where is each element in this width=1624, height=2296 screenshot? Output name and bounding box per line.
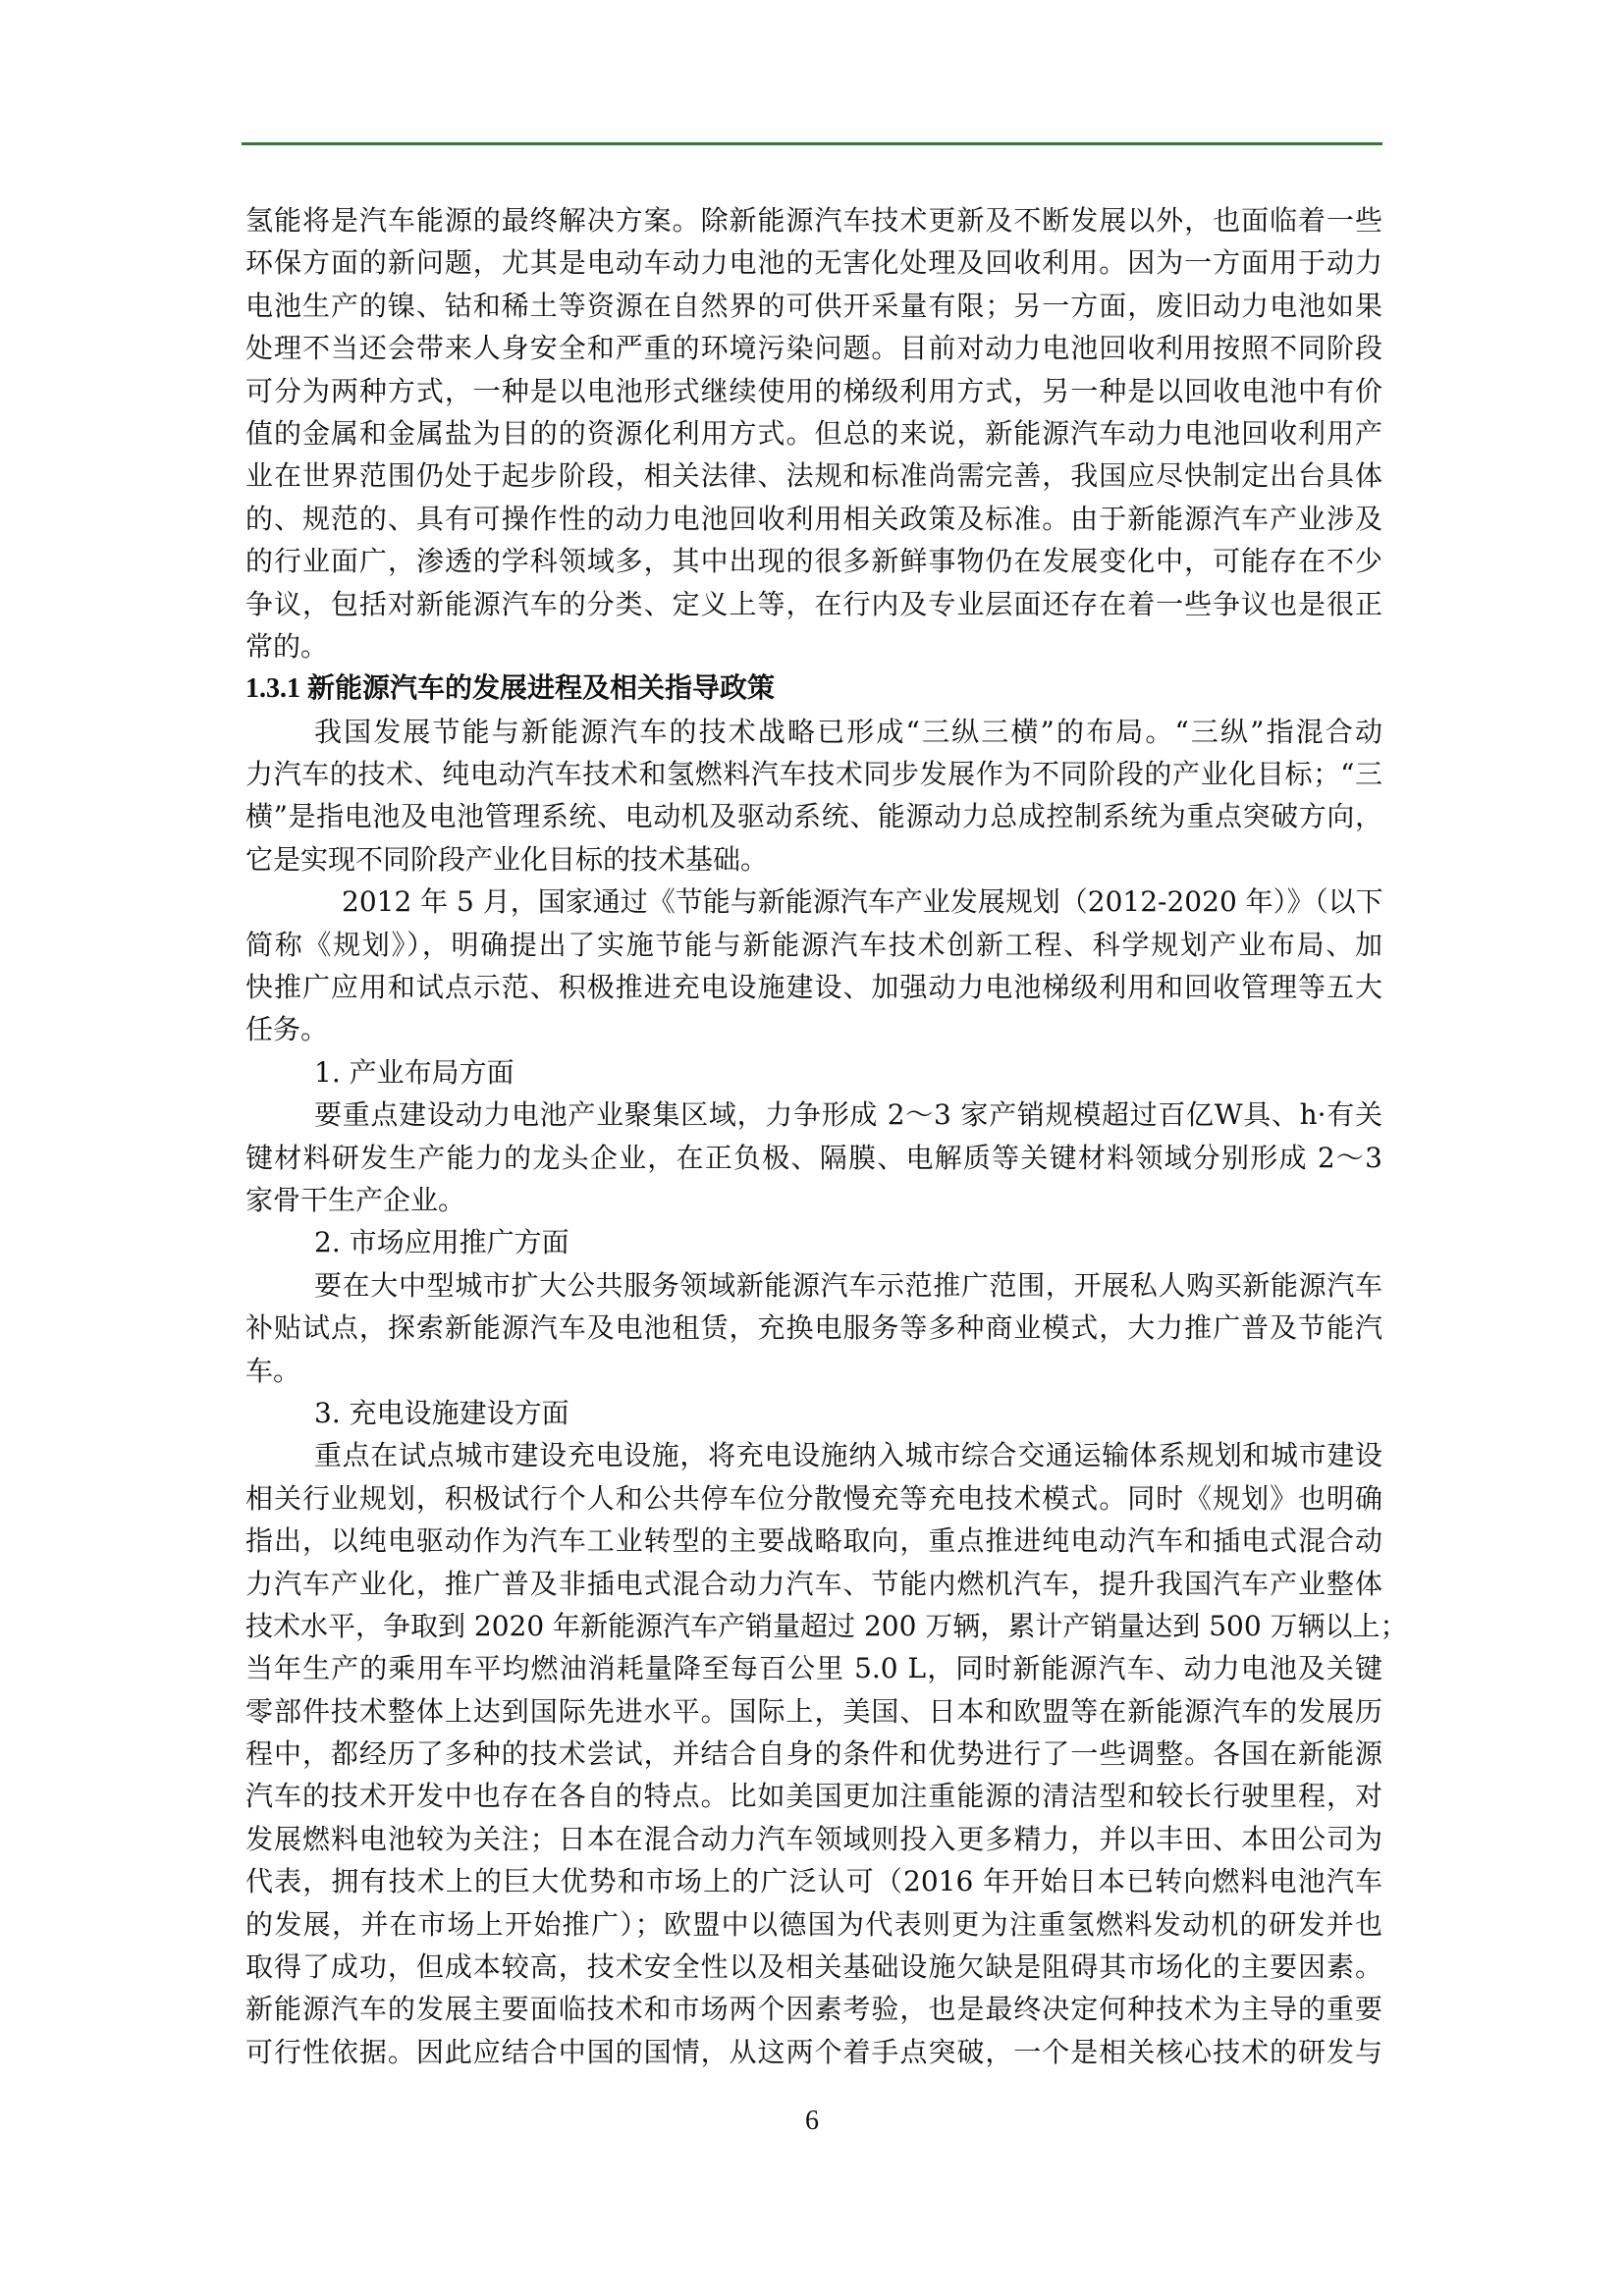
text-line: 技术水平，争取到 2020 年新能源汽车产销量超过 200 万辆，累计产销量达到… <box>245 1605 1382 1647</box>
text-line: 相关行业规划，积极试行个人和公共停车位分散慢充等充电技术模式。同时《规划》也明确 <box>245 1477 1382 1520</box>
text-line: 快推广应用和试点示范、积极推进充电设施建设、加强动力电池梯级利用和回收管理等五大 <box>245 966 1382 1008</box>
body-text: 氢能将是汽车能源的最终解决方案。除新能源汽车技术更新及不断发展以外，也面临着一些… <box>245 199 1382 2073</box>
text-line: 家骨干生产企业。 <box>245 1179 1382 1221</box>
text-line: 氢能将是汽车能源的最终解决方案。除新能源汽车技术更新及不断发展以外，也面临着一些 <box>245 199 1382 241</box>
text-line: 零部件技术整体上达到国际先进水平。国际上，美国、日本和欧盟等在新能源汽车的发展历 <box>245 1690 1382 1733</box>
text-line: 可分为两种方式，一种是以电池形式继续使用的梯级利用方式，另一种是以回收电池中有价 <box>245 370 1382 412</box>
text-line: 键材料研发生产能力的龙头企业，在正负极、隔膜、电解质等关键材料领域分别形成 2～… <box>245 1137 1382 1179</box>
text-line: 业在世界范围仍处于起步阶段，相关法律、法规和标准尚需完善，我国应尽快制定出台具体 <box>245 454 1382 497</box>
document-page: 氢能将是汽车能源的最终解决方案。除新能源汽车技术更新及不断发展以外，也面临着一些… <box>0 0 1624 2296</box>
text-line: 处理不当还会带来人身安全和严重的环境污染问题。目前对动力电池回收利用按照不同阶段 <box>245 327 1382 369</box>
text-line: 要重点建设动力电池产业聚集区域，力争形成 2～3 家产销规模超过百亿W具、h·有… <box>245 1094 1382 1136</box>
text-line: 可行性依据。因此应结合中国的国情，从这两个着手点突破，一个是相关核心技术的研发与 <box>245 2031 1382 2073</box>
text-line: 要在大中型城市扩大公共服务领域新能源汽车示范推广范围，开展私人购买新能源汽车 <box>245 1264 1382 1307</box>
text-line: 3. 充电设施建设方面 <box>245 1392 1382 1434</box>
page-number: 6 <box>0 2106 1624 2137</box>
text-line: 当年生产的乘用车平均燃油消耗量降至每百公里 5.0 L，同时新能源汽车、动力电池… <box>245 1647 1382 1689</box>
text-line: 重点在试点城市建设充电设施，将充电设施纳入城市综合交通运输体系规划和城市建设 <box>245 1434 1382 1476</box>
text-line: 它是实现不同阶段产业化目标的技术基础。 <box>245 838 1382 881</box>
text-line: 电池生产的镍、钴和稀土等资源在自然界的可供开采量有限；另一方面，废旧动力电池如果 <box>245 285 1382 327</box>
text-line: 简称《规划》），明确提出了实施节能与新能源汽车技术创新工程、科学规划产业布局、加 <box>245 924 1382 966</box>
text-line: 新能源汽车的发展主要面临技术和市场两个因素考验，也是最终决定何种技术为主导的重要 <box>245 1988 1382 2030</box>
text-line: 2. 市场应用推广方面 <box>245 1221 1382 1263</box>
text-line: 的发展，并在市场上开始推广）；欧盟中以德国为代表则更为注重氢燃料发动机的研发并也 <box>245 1903 1382 1946</box>
text-line: 值的金属和金属盐为目的的资源化利用方式。但总的来说，新能源汽车动力电池回收利用产 <box>245 412 1382 454</box>
text-line: 的行业面广，渗透的学科领域多，其中出现的很多新鲜事物仍在发展变化中，可能存在不少 <box>245 540 1382 582</box>
text-line: 环保方面的新问题，尤其是电动车动力电池的无害化处理及回收利用。因为一方面用于动力 <box>245 241 1382 284</box>
text-line: 补贴试点，探索新能源汽车及电池租赁，充换电服务等多种商业模式，大力推广普及节能汽 <box>245 1307 1382 1349</box>
text-line: 常的。 <box>245 625 1382 667</box>
text-line: 我国发展节能与新能源汽车的技术战略已形成“三纵三横”的布局。“三纵”指混合动 <box>245 711 1382 753</box>
text-line: 横”是指电池及电池管理系统、电动机及驱动系统、能源动力总成控制系统为重点突破方向… <box>245 795 1382 837</box>
text-line: 力汽车的技术、纯电动汽车技术和氢燃料汽车技术同步发展作为不同阶段的产业化目标；“… <box>245 753 1382 795</box>
text-line: 2012 年 5 月，国家通过《节能与新能源汽车产业发展规划（2012-2020… <box>245 881 1382 923</box>
text-line: 程中，都经历了多种的技术尝试，并结合自身的条件和优势进行了一些调整。各国在新能源 <box>245 1733 1382 1775</box>
text-line: 任务。 <box>245 1008 1382 1050</box>
text-line: 指出，以纯电驱动作为汽车工业转型的主要战略取向，重点推进纯电动汽车和插电式混合动 <box>245 1520 1382 1562</box>
text-line: 1. 产业布局方面 <box>245 1051 1382 1094</box>
text-line: 力汽车产业化，推广普及非插电式混合动力汽车、节能内燃机汽车，提升我国汽车产业整体 <box>245 1563 1382 1605</box>
section-heading: 1.3.1 新能源汽车的发展进程及相关指导政策 <box>245 667 1382 710</box>
text-line: 取得了成功，但成本较高，技术安全性以及相关基础设施欠缺是阻碍其市场化的主要因素。 <box>245 1946 1382 1988</box>
text-line: 代表，拥有技术上的巨大优势和市场上的广泛认可（2016 年开始日本已转向燃料电池… <box>245 1860 1382 1902</box>
text-line: 车。 <box>245 1350 1382 1392</box>
header-rule <box>242 142 1382 145</box>
text-line: 的、规范的、具有可操作性的动力电池回收利用相关政策及标准。由于新能源汽车产业涉及 <box>245 498 1382 540</box>
text-line: 发展燃料电池较为关注；日本在混合动力汽车领域则投入更多精力，并以丰田、本田公司为 <box>245 1818 1382 1860</box>
text-line: 汽车的技术开发中也存在各自的特点。比如美国更加注重能源的清洁型和较长行驶里程，对 <box>245 1775 1382 1817</box>
text-line: 争议，包括对新能源汽车的分类、定义上等，在行内及专业层面还存在着一些争议也是很正 <box>245 583 1382 625</box>
